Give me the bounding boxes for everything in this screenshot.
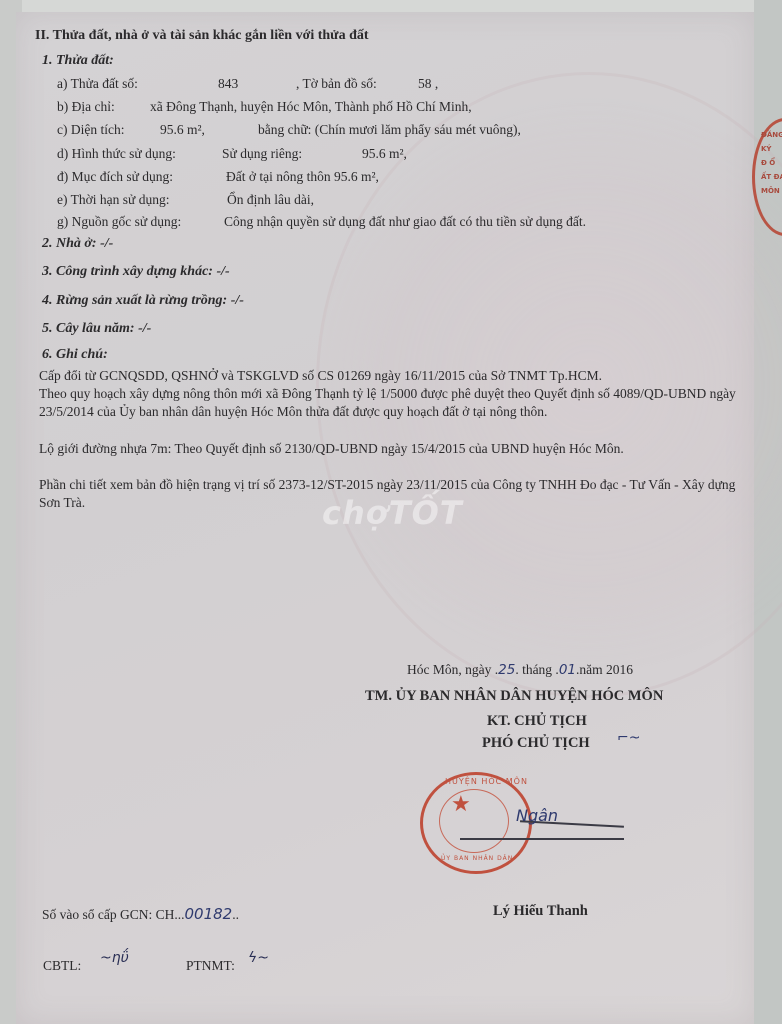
address-label: b) Địa chỉ:	[57, 99, 115, 115]
note-2: Theo quy hoạch xây dựng nông thôn mới xã…	[39, 385, 739, 420]
area-label: c) Diện tích:	[57, 122, 124, 138]
ptnmt-label: PTNMT:	[186, 958, 235, 974]
parcel-label: a) Thửa đất số:	[57, 76, 138, 92]
handwritten-registry-number: 00182	[185, 905, 233, 923]
role-title-1: KT. CHỦ TỊCH	[487, 713, 587, 729]
origin-value: Công nhận quyền sử dụng đất như giao đất…	[224, 214, 586, 230]
usage-form-area: 95.6 m²,	[362, 146, 407, 162]
cbtl-label: CBTL:	[43, 958, 81, 974]
initial-mark: ⌐~	[617, 730, 640, 746]
perennial-heading: 5. Cây lâu năm: -/-	[42, 321, 151, 337]
handwritten-day: 25	[498, 662, 515, 678]
origin-label: g) Nguồn gốc sử dụng:	[57, 214, 181, 230]
handwritten-month: 01	[559, 662, 576, 678]
signature-stroke-2	[460, 838, 624, 840]
ptnmt-initials: ϟ~	[248, 950, 269, 966]
area-words: bằng chữ: (Chín mươi lăm phẩy sáu mét vu…	[258, 122, 521, 138]
land-heading: 1. Thửa đất:	[42, 53, 114, 69]
purpose-label: đ) Mục đích sử dụng:	[57, 169, 173, 185]
house-heading: 2. Nhà ở: -/-	[42, 236, 113, 252]
registry-number: Số vào sổ cấp GCN: CH...00182..	[42, 906, 239, 923]
place-date: Hóc Môn, ngày .25. tháng .01.năm 2016	[407, 662, 633, 678]
signer-name: Lý Hiếu Thanh	[493, 903, 588, 919]
authority-title: TM. ỦY BAN NHÂN DÂN HUYỆN HÓC MÔN	[365, 688, 663, 704]
usage-form-label: d) Hình thức sử dụng:	[57, 146, 176, 162]
map-sheet-number: 58 ,	[418, 76, 438, 92]
map-sheet-label: , Tờ bản đồ số:	[296, 76, 377, 92]
role-title-2: PHÓ CHỦ TỊCH	[482, 735, 590, 751]
address-value: xã Đông Thạnh, huyện Hóc Môn, Thành phố …	[150, 99, 472, 115]
term-value: Ổn định lâu dài,	[227, 192, 314, 208]
notes-heading: 6. Ghi chú:	[42, 347, 108, 363]
term-label: e) Thời hạn sử dụng:	[57, 192, 169, 208]
note-1: Cấp đổi từ GCNQSDD, QSHNỞ và TSKGLVD số …	[39, 367, 739, 385]
note-3: Lộ giới đường nhựa 7m: Theo Quyết định s…	[39, 440, 739, 458]
stamp-star-icon: ★	[451, 791, 471, 817]
forest-heading: 4. Rừng sản xuất là rừng trồng: -/-	[42, 293, 244, 309]
usage-form-value: Sử dụng riêng:	[222, 146, 302, 162]
other-construction-heading: 3. Công trình xây dựng khác: -/-	[42, 264, 230, 280]
stamp-emblem-ring	[439, 789, 509, 853]
parcel-number: 843	[218, 76, 238, 92]
chotot-watermark: chợTỐT	[322, 494, 463, 532]
area-value: 95.6 m²,	[160, 122, 205, 138]
signature: Ngân	[516, 806, 558, 825]
purpose-value: Đất ở tại nông thôn 95.6 m²,	[226, 169, 379, 185]
cbtl-initials: ~ηΰ	[100, 950, 129, 966]
section-title: II. Thửa đất, nhà ở và tài sản khác gắn …	[35, 28, 369, 44]
